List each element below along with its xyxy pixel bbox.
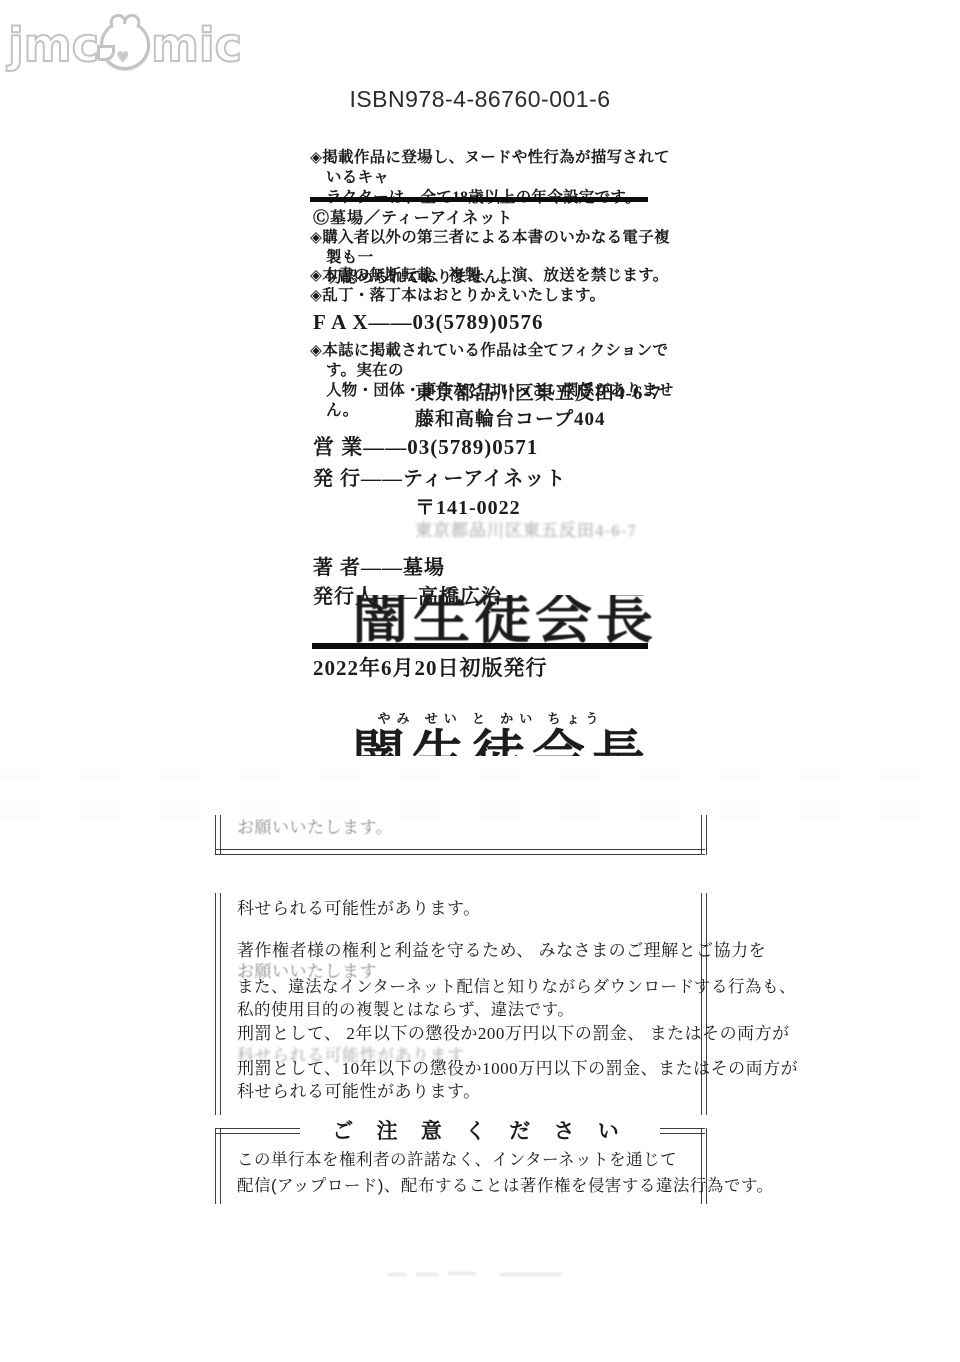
logo-text-left: jmc <box>8 22 99 68</box>
publisher-address-line2: 藤和高輪台コープ404 <box>415 404 606 431</box>
heart-icon: ♥ <box>116 34 129 80</box>
warning-box-top-line: お願いいたします。 <box>237 817 687 838</box>
book-title-text: 闇生徒会長 <box>352 726 692 756</box>
scan-noise-band <box>0 768 960 818</box>
publisher-address-line1: 東京都品川区東五反田4-6-7 <box>415 378 661 405</box>
penalty-possibility-line: 科せられる可能性があります。 <box>237 1081 687 1102</box>
author-row: 著 者——墓場 <box>313 551 445 580</box>
ghost-artifact <box>448 1272 476 1275</box>
ghost-title-artifact: 闇生徒会長 <box>352 595 688 645</box>
penalty-2year-line: 刑罰として、 2年以下の懲役か200万円以下の罰金、 またはその両方が <box>237 1023 687 1044</box>
reprint-prohibition-notice: ◈本書の無断転載、複製、上演、放送を禁じます。 <box>310 266 674 286</box>
notice-box-left-border <box>215 1128 221 1204</box>
notice-box-title: ご 注 意 く だ さ い <box>300 1115 660 1145</box>
jmcomic-watermark-logo: jmc ♥ mic <box>8 20 242 70</box>
isbn-number: ISBN978-4-86760-001-6 <box>0 86 960 113</box>
divider-rule-top <box>310 197 648 202</box>
mascot-icon: ♥ <box>100 20 150 70</box>
ghost-artifact <box>416 1273 438 1276</box>
upload-warning-line2: 配信(アップロード)、配布することは著作権を侵害する違法行為です。 <box>237 1176 687 1197</box>
warning-box-mid-left-border <box>215 893 221 1115</box>
ghost-artifact <box>388 1273 406 1276</box>
penalty-line-faint-top: 科せられる可能性があります。 <box>237 898 687 919</box>
title-furigana: やみ せい と かい ちょう <box>366 708 616 727</box>
copyright-line: Ⓒ墓場／ティーアイネット <box>313 205 513 228</box>
rights-cooperation-line: 著作権者様の権利と利益を守るため、 みなさまのご理解とご協力を <box>237 940 687 961</box>
warning-box-top-bottom-border <box>215 849 705 855</box>
fax-number: F A X——03(5789)0576 <box>313 310 544 335</box>
book-title-clipped: 闇生徒会長 <box>352 726 692 756</box>
logo-text-right: mic <box>151 22 242 68</box>
warning-box-mid-right-border <box>701 893 707 1115</box>
mascot-ear-icon <box>123 12 143 28</box>
upload-warning-line1: この単行本を権利者の許諾なく、インターネットを通じて <box>237 1150 687 1171</box>
ghost-address-artifact: 東京都品川区東五反田4-6-7 <box>415 516 637 541</box>
sales-phone-number: 営 業——03(5789)0571 <box>313 431 538 461</box>
edition-date: 2022年6月20日初版発行 <box>313 652 548 682</box>
private-copy-line: 私的使用目的の複製とはならず、違法です。 <box>237 1000 687 1021</box>
ghost-artifact <box>500 1273 562 1276</box>
ghost-title-text: 闇生徒会長 <box>352 595 688 645</box>
penalty-10year-line: 刑罰として、10年以下の懲役か1000万円以下の罰金、またはその両方が <box>237 1058 687 1079</box>
mascot-beak-icon <box>97 45 115 61</box>
illegal-download-line: また、違法なインターネット配信と知りながらダウンロードする行為も、 <box>237 977 687 998</box>
defective-copy-notice: ◈乱丁・落丁本はおとりかえいたします。 <box>310 286 674 306</box>
publisher-name-row: 発 行——ティーアイネット <box>313 462 566 491</box>
divider-rule-bottom <box>312 643 648 649</box>
